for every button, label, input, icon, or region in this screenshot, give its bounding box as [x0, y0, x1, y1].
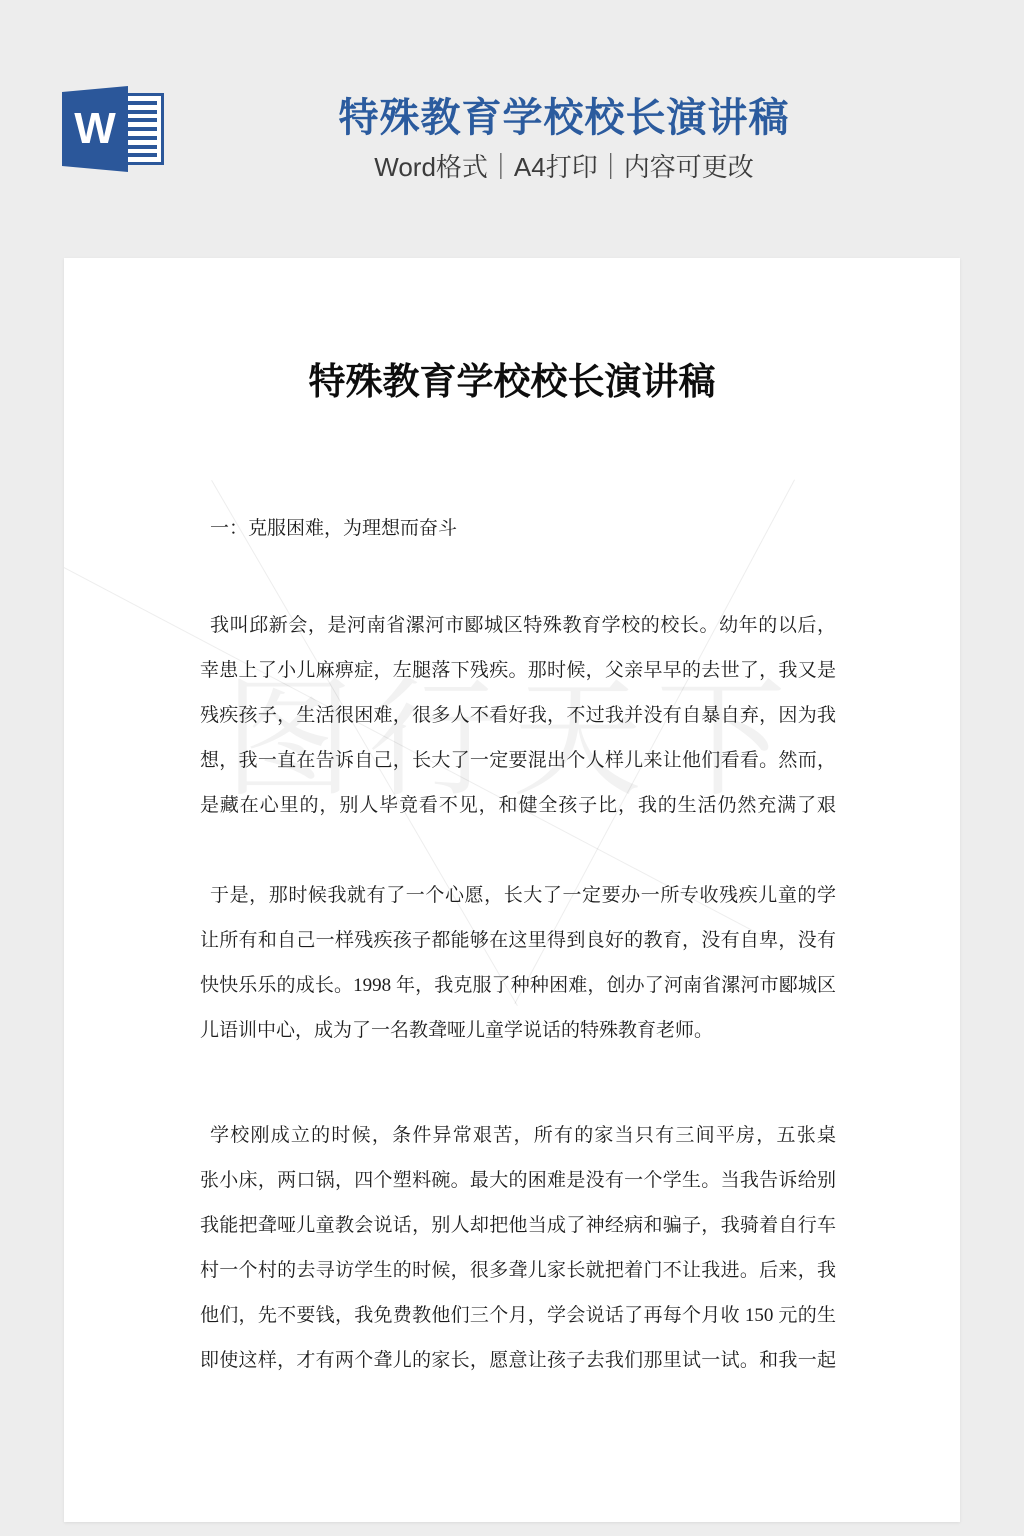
doc-line: 我能把聋哑儿童教会说话，别人却把他当成了神经病和骗子，我骑着自行车一个	[200, 1203, 836, 1248]
paragraph: 学校刚成立的时候，条件异常艰苦，所有的家当只有三间平房，五张桌子，七 张小床，两…	[200, 1113, 836, 1383]
document-title: 特殊教育学校校长演讲稿	[64, 358, 960, 408]
doc-line: 于是，那时候我就有了一个心愿，长大了一定要办一所专收残疾儿童的学校，	[200, 873, 836, 918]
doc-line: 我叫邱新会，是河南省漯河市郾城区特殊教育学校的校长。幼年的以后，我不	[200, 603, 836, 648]
paragraph: 于是，那时候我就有了一个心愿，长大了一定要办一所专收残疾儿童的学校， 让所有和自…	[200, 873, 836, 1053]
section-heading: 一：克服困难，为理想而奋斗	[200, 506, 836, 551]
doc-line: 残疾孩子，生活很困难，很多人不看好我，不过我并没有自暴自弃，因为我有理	[200, 693, 836, 738]
doc-line: 幸患上了小儿麻痹症，左腿落下残疾。那时候，父亲早早的去世了，我又是一个	[200, 648, 836, 693]
doc-line: 快快乐乐的成长。1998 年，我克服了种种困难，创办了河南省漯河市郾城区聋	[200, 963, 836, 1008]
document-page: 图行天下 特殊教育学校校长演讲稿 一：克服困难，为理想而奋斗 我叫邱新会，是河南…	[64, 258, 960, 1522]
icon-text-line	[125, 110, 157, 114]
document-body: 一：克服困难，为理想而奋斗 我叫邱新会，是河南省漯河市郾城区特殊教育学校的校长。…	[64, 506, 960, 1383]
doc-line: 学校刚成立的时候，条件异常艰苦，所有的家当只有三间平房，五张桌子，七	[200, 1113, 836, 1158]
header-subtitle: Word格式｜A4打印｜内容可更改	[164, 152, 964, 182]
doc-line: 儿语训中心，成为了一名教聋哑儿童学说话的特殊教育老师。	[200, 1008, 836, 1053]
doc-line: 即使这样，才有两个聋儿的家长，愿意让孩子去我们那里试一试。和我一起从许	[200, 1338, 836, 1383]
page-background: W 特殊教育学校校长演讲稿 Word格式｜A4打印｜内容可更改 图行天下 特殊教…	[0, 0, 1024, 1536]
header: W 特殊教育学校校长演讲稿 Word格式｜A4打印｜内容可更改	[0, 0, 1024, 258]
doc-line: 张小床，两口锅，四个塑料碗。最大的困难是没有一个学生。当我告诉给别人，	[200, 1158, 836, 1203]
word-icon-letter: W	[62, 86, 128, 172]
icon-text-line	[125, 153, 157, 157]
doc-line: 让所有和自己一样残疾孩子都能够在这里得到良好的教育，没有自卑，没有歧视，	[200, 918, 836, 963]
icon-text-line	[125, 136, 157, 140]
doc-line: 他们，先不要钱，我免费教他们三个月，学会说话了再每个月收 150 元的生活费，	[200, 1293, 836, 1338]
paragraph: 我叫邱新会，是河南省漯河市郾城区特殊教育学校的校长。幼年的以后，我不 幸患上了小…	[200, 603, 836, 828]
header-title: 特殊教育学校校长演讲稿	[164, 96, 964, 140]
icon-text-line	[125, 118, 157, 122]
word-file-icon: W	[62, 86, 164, 172]
doc-line: 是藏在心里的，别人毕竟看不见，和健全孩子比，我的生活仍然充满了艰辛。	[200, 783, 836, 828]
doc-line: 村一个村的去寻访学生的时候，很多聋儿家长就把着门不让我进。后来，我告诉	[200, 1248, 836, 1293]
icon-text-line	[125, 127, 157, 131]
icon-text-line	[125, 101, 157, 105]
document-content: 特殊教育学校校长演讲稿 一：克服困难，为理想而奋斗 我叫邱新会，是河南省漯河市郾…	[64, 358, 960, 1383]
icon-text-line	[125, 145, 157, 149]
header-text-block: 特殊教育学校校长演讲稿 Word格式｜A4打印｜内容可更改	[164, 96, 964, 182]
doc-line: 想，我一直在告诉自己，长大了一定要混出个人样儿来让他们看看。然而，理想	[200, 738, 836, 783]
